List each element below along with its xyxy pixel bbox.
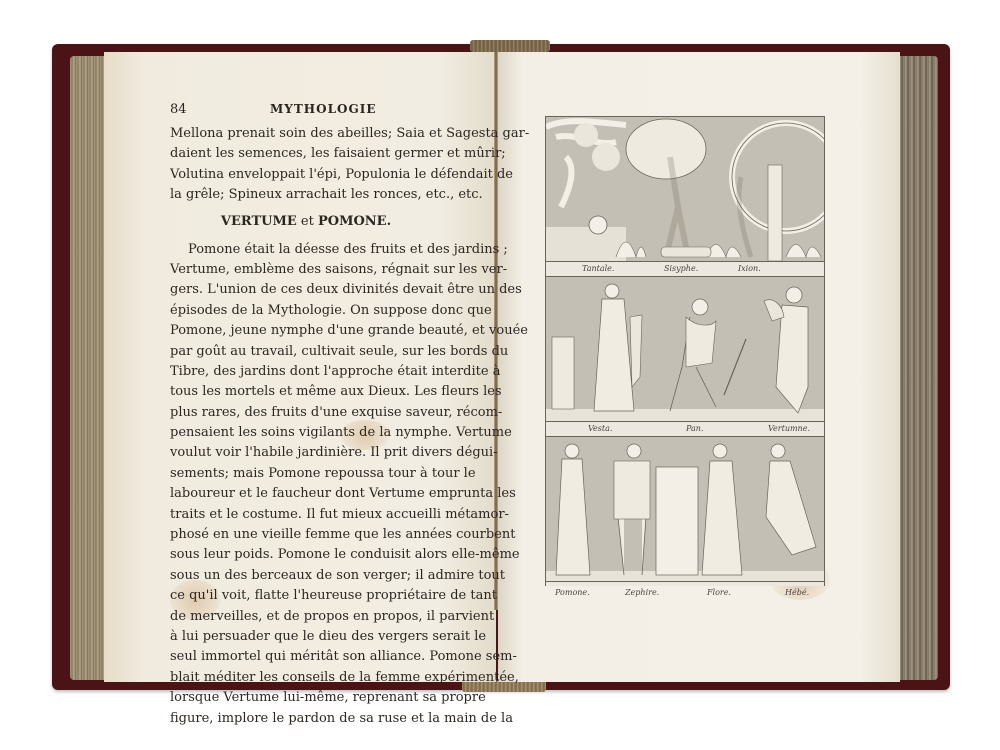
text-line: plus rares, des fruits d'une exquise sav…	[170, 403, 442, 423]
text-line: daient les semences, les faisaient germe…	[170, 144, 442, 164]
text-line: épisodes de la Mythologie. On suppose do…	[170, 301, 442, 321]
text-line: phosé en une vieille femme que les année…	[170, 525, 442, 545]
text-line: traits et le costume. Il fut mieux accue…	[170, 505, 442, 525]
caption-strip: Tantale. Sisyphe. Ixion.	[545, 262, 825, 276]
text-line: de merveilles, et de propos en propos, i…	[170, 607, 442, 627]
section-title-joiner: et	[297, 214, 318, 229]
engraving-plate: Tantale. Sisyphe. Ixion. Vesta. Pan. Ver…	[545, 116, 825, 586]
caption-tantale: Tantale.	[582, 262, 614, 276]
caption-row: Pomone. Zephire. Flore. Hébé.	[545, 586, 825, 600]
underworld-illustration	[546, 117, 824, 261]
text-line: par goût au travail, cultivait seule, su…	[170, 342, 442, 362]
deities-illustration	[546, 277, 824, 421]
body-text: Mellona prenait soin des abeilles; Saia …	[170, 124, 442, 729]
caption-zephire: Zephire.	[625, 586, 659, 600]
text-line: sous un des berceaux de son verger; il a…	[170, 566, 442, 586]
seasons-illustration	[546, 437, 824, 581]
caption-sisyphe: Sisyphe.	[664, 262, 698, 276]
section-title: VERTUME et POMONE.	[170, 206, 442, 240]
page-header: 84 MYTHOLOGIE	[170, 102, 446, 120]
text-line: ce qu'il voit, flatte l'heureuse proprié…	[170, 586, 442, 606]
text-line: blait méditer les conseils de la femme e…	[170, 668, 442, 688]
caption-vesta: Vesta.	[588, 422, 612, 436]
page-number: 84	[170, 102, 187, 117]
caption-strip: Vesta. Pan. Vertumne.	[545, 422, 825, 436]
text-line: figure, implore le pardon de sa ruse et …	[170, 709, 442, 729]
section-title-part: VERTUME	[221, 214, 297, 229]
text-line: seul immortel qui méritât son alliance. …	[170, 647, 442, 667]
plate-panel-underworld	[545, 116, 825, 262]
text-line: Vertume, emblème des saisons, régnait su…	[170, 260, 442, 280]
text-line: pensaient les soins vigilants de la nymp…	[170, 423, 442, 443]
caption-pan: Pan.	[686, 422, 704, 436]
spine-headband-top	[470, 40, 550, 52]
caption-flore: Flore.	[707, 586, 731, 600]
text-line: voulut voir l'habile jardinière. Il prit…	[170, 443, 442, 463]
text-line: la grêle; Spineux arrachait les ronces, …	[170, 185, 442, 205]
text-line: Tibre, des jardins dont l'approche était…	[170, 362, 442, 382]
text-line: Volutina enveloppait l'épi, Populonia le…	[170, 165, 442, 185]
caption-pomone: Pomone.	[555, 586, 590, 600]
text-line: lorsque Vertume lui-même, reprenant sa p…	[170, 688, 442, 708]
page-edges-right	[898, 56, 938, 680]
caption-hebe: Hébé.	[785, 586, 809, 600]
plate-panel-seasons	[545, 436, 825, 582]
text-line: Pomone était la déesse des fruits et des…	[170, 240, 442, 260]
caption-vertumne: Vertumne.	[768, 422, 810, 436]
text-line: gers. L'union de ces deux divinités deva…	[170, 280, 442, 300]
page-edges-left	[70, 56, 106, 680]
text-line: tous les mortels et même aux Dieux. Les …	[170, 382, 442, 402]
section-title-part: POMONE.	[318, 214, 391, 229]
text-line: sous leur poids. Pomone le conduisit alo…	[170, 545, 442, 565]
caption-ixion: Ixion.	[738, 262, 761, 276]
running-head: MYTHOLOGIE	[270, 102, 376, 116]
text-line: à lui persuader que le dieu des vergers …	[170, 627, 442, 647]
plate-panel-deities	[545, 276, 825, 422]
text-line: Pomone, jeune nymphe d'une grande beauté…	[170, 321, 442, 341]
text-line: sements; mais Pomone repoussa tour à tou…	[170, 464, 442, 484]
text-line: laboureur et le faucheur dont Vertume em…	[170, 484, 442, 504]
text-line: Mellona prenait soin des abeilles; Saia …	[170, 124, 442, 144]
